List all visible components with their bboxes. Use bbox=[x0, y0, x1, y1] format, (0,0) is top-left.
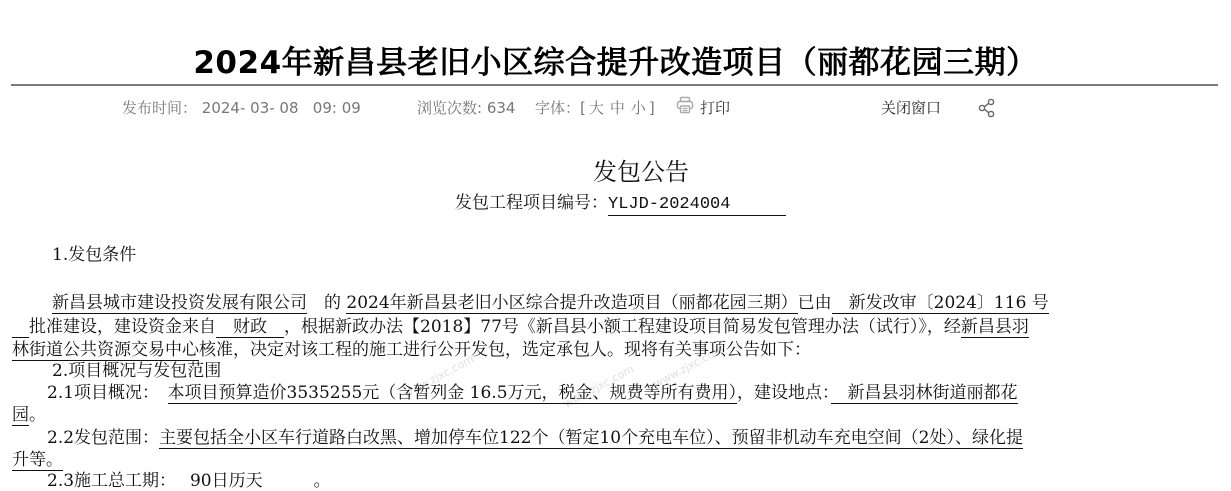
section-2-1-line-2: 园。 bbox=[12, 404, 46, 427]
project-number: 发包工程项目编号：YLJD-2024004 bbox=[455, 191, 786, 216]
location-part-1: 新昌县羽林街道丽都花 bbox=[831, 383, 1018, 404]
text-regulation: ，根据新政办法【2018】77号《新昌县小额工程建设项目简易发包管理办法（试行）… bbox=[284, 317, 961, 337]
text-approved-by: 已由 bbox=[798, 293, 832, 313]
fund-source: 财政 bbox=[216, 317, 284, 338]
printer-icon bbox=[676, 96, 694, 118]
construction-duration: 90日历天 bbox=[168, 471, 314, 491]
paragraph-1-line-2: 批准建设，建设资金来自 财政 ，根据新政办法【2018】77号《新昌县小额工程建… bbox=[12, 316, 1029, 339]
view-count: 浏览次数: 634 bbox=[417, 97, 515, 119]
publish-time-value: 2024- 03- 08 09: 09 bbox=[202, 97, 361, 119]
location-part-2: 园 bbox=[12, 405, 29, 426]
project-name: 2024年新昌县老旧小区综合提升改造项目（丽都花园三期） bbox=[346, 293, 797, 314]
project-overview: 本项目预算造价3535255元（含暂列金 16.5万元，税金、规费等所有费用） bbox=[168, 383, 737, 404]
view-count-label: 浏览次数: bbox=[417, 97, 482, 119]
print-label: 打印 bbox=[700, 97, 730, 118]
trading-center-part-1: 新昌县羽 bbox=[961, 317, 1029, 338]
section-2-3: 2.3施工总工期： 90日历天 。 bbox=[47, 470, 331, 491]
print-button[interactable]: 打印 bbox=[676, 96, 730, 118]
section-2-1-label: 2.1项目概况： bbox=[47, 383, 168, 403]
publish-time: 发布时间： 2024- 03- 08 09: 09 bbox=[122, 97, 361, 119]
font-size-selector: 字体：[大中小] bbox=[535, 97, 655, 119]
share-button[interactable] bbox=[977, 98, 997, 118]
font-size-bracket: ] bbox=[649, 97, 655, 119]
section-2-3-label: 2.3施工总工期： bbox=[47, 471, 168, 491]
section-1-title: 1.发包条件 bbox=[52, 244, 136, 267]
font-size-label: 字体：[ bbox=[535, 97, 586, 119]
title-divider bbox=[11, 84, 1218, 86]
font-size-small-button[interactable]: 小 bbox=[628, 97, 649, 119]
paragraph-1-line-3: 林街道公共资源交易中心核准，决定对该工程的施工进行公开发包，选定承包人。现将有关… bbox=[12, 339, 811, 362]
article-title: 2024年新昌县老旧小区综合提升改造项目（丽都花园三期） bbox=[0, 40, 1231, 86]
owner-name: 新昌县城市建设投资发展有限公司 bbox=[52, 293, 307, 314]
font-size-medium-button[interactable]: 中 bbox=[607, 97, 628, 119]
project-number-label: 发包工程项目编号： bbox=[455, 193, 608, 213]
scope-part-2: 升等。 bbox=[12, 450, 63, 471]
approval-document: 新发改审〔2024〕116 号 bbox=[832, 293, 1049, 314]
section-2-2-label: 2.2发包范围： bbox=[47, 428, 159, 448]
project-number-value: YLJD-2024004 bbox=[608, 195, 786, 216]
close-window-button[interactable]: 关闭窗口 bbox=[881, 97, 941, 119]
text-decision: 核准，决定对该工程的施工进行公开发包，选定承包人。现将有关事项公告如下： bbox=[199, 340, 811, 360]
section-2-2-line-2: 升等。 bbox=[12, 449, 63, 472]
text-approved: 批准建设，建设资金来自 bbox=[29, 317, 216, 337]
approval-underline-cont bbox=[12, 317, 29, 338]
section-2-3-end: 。 bbox=[314, 471, 331, 491]
section-2-1-end: 。 bbox=[29, 405, 46, 425]
text-of: 的 bbox=[307, 293, 346, 313]
section-2-title: 2.项目概况与发包范围 bbox=[52, 360, 221, 383]
section-2-2-line-1: 2.2发包范围：主要包括全小区车行道路白改黑、增加停车位122个（暂定10个充电… bbox=[47, 427, 1023, 450]
paragraph-1-line-1: 新昌县城市建设投资发展有限公司 的 2024年新昌县老旧小区综合提升改造项目（丽… bbox=[52, 292, 1049, 315]
publish-time-label: 发布时间： bbox=[122, 97, 197, 119]
trading-center-part-2: 林街道公共资源交易中心 bbox=[12, 340, 199, 361]
share-icon bbox=[977, 103, 997, 122]
scope-part-1: 主要包括全小区车行道路白改黑、增加停车位122个（暂定10个充电车位）、预留非机… bbox=[159, 428, 1023, 449]
section-2-1-line-1: 2.1项目概况： 本项目预算造价3535255元（含暂列金 16.5万元，税金、… bbox=[47, 382, 1018, 405]
view-count-value: 634 bbox=[487, 97, 516, 119]
font-size-large-button[interactable]: 大 bbox=[586, 97, 607, 119]
document-heading: 发包公告 bbox=[0, 155, 1231, 189]
location-label: ，建设地点： bbox=[737, 383, 831, 403]
